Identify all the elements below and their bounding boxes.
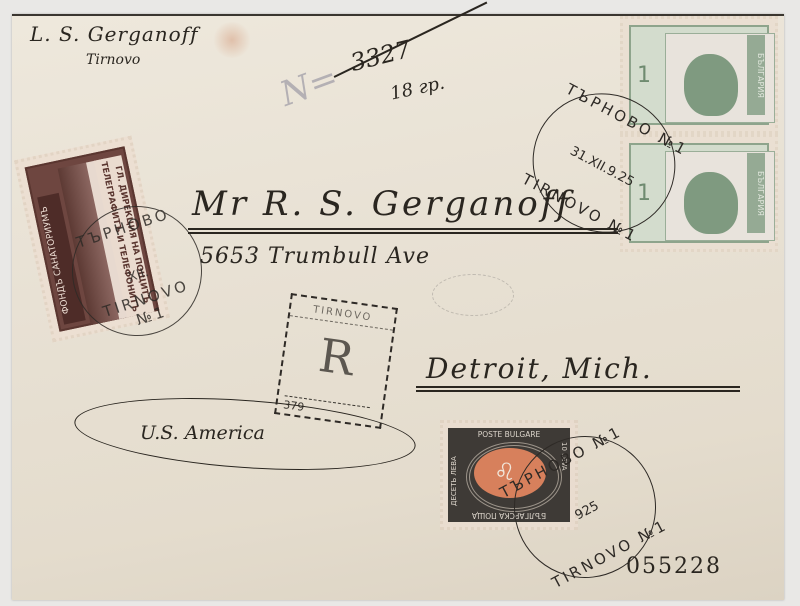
registration-letter: R	[281, 323, 392, 391]
registration-subtext: 18 гр.	[388, 73, 446, 105]
stamp-country: БЪЛГАРИЯ	[747, 153, 765, 233]
recipient-street: 5653 Trumbull Ave	[200, 244, 430, 269]
stamp-left-text: ДЕСЕТЬ ЛЕВА	[450, 442, 458, 506]
recipient-name: Mr R. S. Gerganoff	[192, 184, 572, 224]
faint-postmark	[432, 274, 514, 316]
underline	[188, 232, 618, 234]
underline	[188, 228, 618, 230]
stamp-country: БЪЛГАРИЯ	[747, 35, 765, 115]
underline	[416, 390, 740, 392]
underline	[416, 386, 740, 388]
registration-prefix: N=	[275, 57, 343, 115]
envelope: L. S. Gerganoff Tirnovo N= 3327 18 гр. 1…	[12, 14, 784, 600]
stain	[212, 22, 252, 58]
recipient-country: U.S. America	[140, 422, 265, 444]
sender-name: L. S. Gerganoff	[30, 22, 199, 46]
stamp-value: 1	[637, 63, 651, 88]
sender-city: Tirnovo	[86, 52, 140, 68]
registration-divider	[334, 2, 487, 78]
serial-number: 055228	[626, 554, 722, 579]
recipient-city: Detroit, Mich.	[426, 352, 653, 385]
stamp-top-text: POSTE BULGARE	[448, 430, 570, 439]
